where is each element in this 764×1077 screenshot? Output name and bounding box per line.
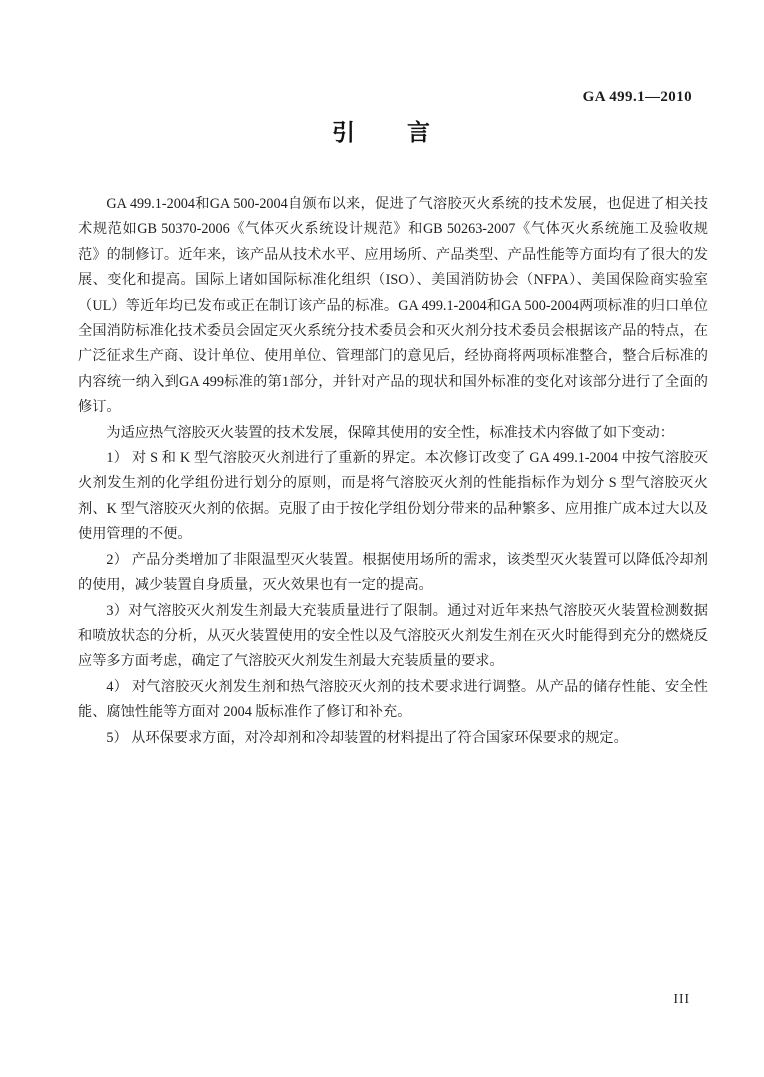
paragraph: 4） 对气溶胶灭火剂发生剂和热气溶胶灭火剂的技术要求进行调整。从产品的储存性能、… — [78, 675, 708, 726]
paragraph: 3）对气溶胶灭火剂发生剂最大充装质量进行了限制。通过对近年来热气溶胶灭火装置检测… — [78, 599, 708, 675]
document-body: GA 499.1-2004和GA 500-2004自颁布以来，促进了气溶胶灭火系… — [78, 192, 708, 751]
paragraph: GA 499.1-2004和GA 500-2004自颁布以来，促进了气溶胶灭火系… — [78, 192, 708, 421]
paragraph: 为适应热气溶胶灭火装置的技术发展，保障其使用的安全性，标准技术内容做了如下变动： — [78, 421, 708, 446]
paragraph: 2） 产品分类增加了非限温型灭火装置。根据使用场所的需求，该类型灭火装置可以降低… — [78, 548, 708, 599]
page-number: III — [674, 991, 691, 1007]
standard-code-header: GA 499.1—2010 — [583, 89, 692, 106]
page-title: 引 言 — [0, 114, 764, 147]
document-page: GA 499.1—2010 引 言 GA 499.1-2004和GA 500-2… — [0, 0, 764, 1077]
paragraph: 1） 对 S 和 K 型气溶胶灭火剂进行了重新的界定。本次修订改变了 GA 49… — [78, 446, 708, 548]
paragraph: 5） 从环保要求方面，对冷却剂和冷却装置的材料提出了符合国家环保要求的规定。 — [78, 726, 708, 751]
